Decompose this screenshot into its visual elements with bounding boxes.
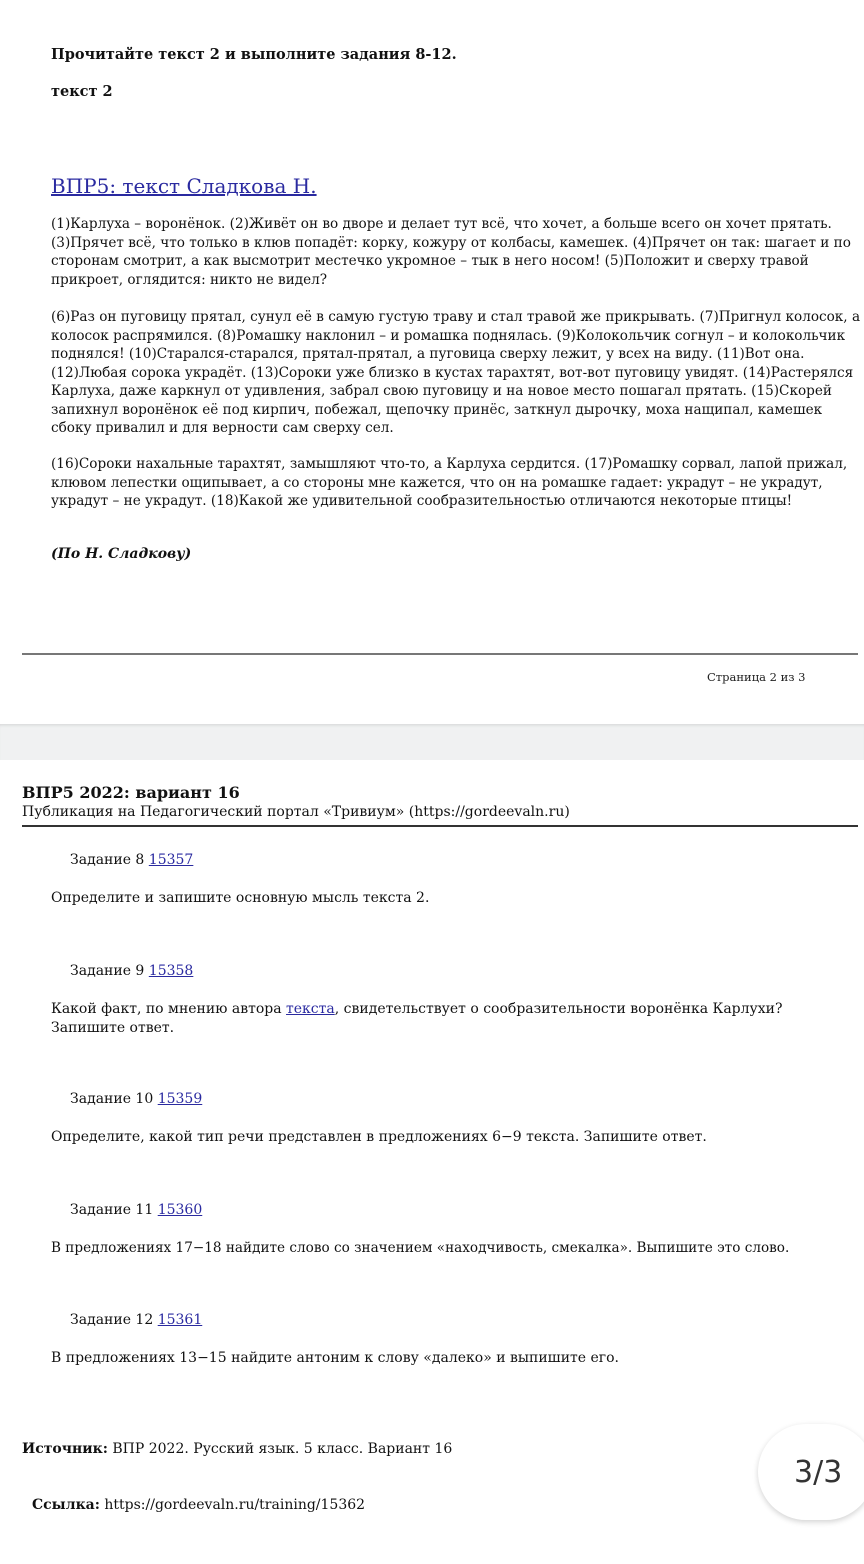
instruction-heading: Прочитайте текст 2 и выполните задания 8…: [51, 46, 457, 63]
source-line: Источник: ВПР 2022. Русский язык. 5 клас…: [22, 1441, 452, 1457]
task-12-label: Задание 12 15361: [70, 1312, 202, 1328]
paragraph-2: (6)Раз он пуговицу прятал, сунул её в са…: [51, 308, 863, 438]
task-9-text-link[interactable]: текста: [286, 1001, 335, 1017]
task-8-label: Задание 8 15357: [70, 852, 193, 868]
link-line: Ссылка: https://gordeevaln.ru/training/1…: [32, 1497, 365, 1513]
task-9-label: Задание 9 15358: [70, 963, 193, 979]
task-11-text: В предложениях 17−18 найдите слово со зн…: [51, 1239, 863, 1258]
pdf-page-2: Прочитайте текст 2 и выполните задания 8…: [0, 0, 864, 724]
paragraph-1: (1)Карлуха – воронёнок. (2)Живёт он во д…: [51, 215, 863, 289]
task-12-id-link[interactable]: 15361: [158, 1312, 203, 1328]
task-9-text: Какой факт, по мнению автора текста, сви…: [51, 1000, 861, 1038]
task-9-id-link[interactable]: 15358: [149, 963, 194, 979]
header-divider: [22, 825, 858, 827]
document-subtitle: Публикация на Педагогический портал «Три…: [22, 804, 570, 820]
pdf-page-3: ВПР5 2022: вариант 16 Публикация на Педа…: [0, 760, 864, 1564]
footer-divider: [22, 653, 858, 655]
author-attribution: (По Н. Сладкову): [51, 546, 191, 562]
text-title-link[interactable]: ВПР5: текст Сладкова Н.: [51, 174, 317, 198]
task-8-text: Определите и запишите основную мысль тек…: [51, 889, 861, 908]
task-11-label: Задание 11 15360: [70, 1202, 202, 1218]
page-number: Страница 2 из 3: [707, 670, 806, 684]
task-12-text: В предложениях 13−15 найдите антоним к с…: [51, 1349, 861, 1368]
page-gap: [0, 724, 864, 760]
page-indicator-badge: 3/3: [758, 1424, 864, 1520]
task-11-id-link[interactable]: 15360: [158, 1202, 203, 1218]
task-10-label: Задание 10 15359: [70, 1091, 202, 1107]
paragraph-3: (16)Сороки нахальные тарахтят, замышляют…: [51, 455, 863, 511]
task-10-id-link[interactable]: 15359: [158, 1091, 203, 1107]
task-8-id-link[interactable]: 15357: [149, 852, 194, 868]
document-title: ВПР5 2022: вариант 16: [22, 783, 240, 802]
text-label: текст 2: [51, 83, 113, 100]
task-10-text: Определите, какой тип речи представлен в…: [51, 1128, 861, 1147]
